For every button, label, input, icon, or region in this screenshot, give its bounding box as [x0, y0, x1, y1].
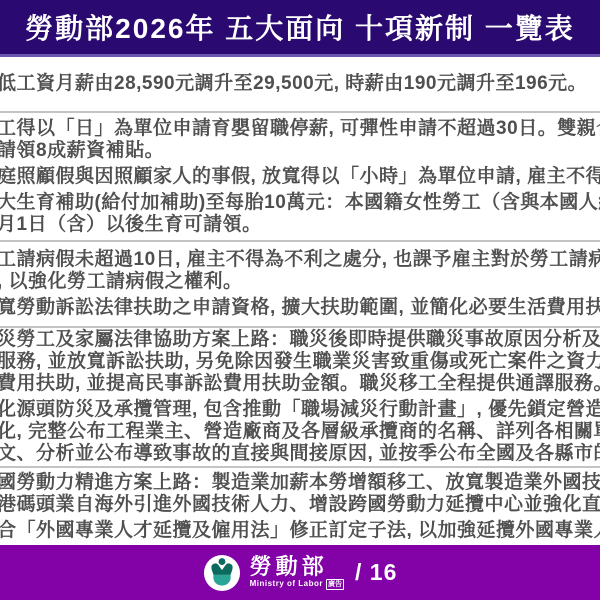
content: 低工資月薪由28,590元調升至29,500元, 時薪由190元調升至196元。… — [0, 57, 600, 545]
policy-paragraph: 國勞動力精進方案上路：製造業加薪本勞增額移工、放寬製造業外國技術人力留才港碼頭業… — [0, 472, 600, 516]
policy-paragraph: 大生育補助(給付加補助)至每胎10萬元：本國籍女性勞工（含與本國人結婚之外籍配偶… — [0, 192, 600, 236]
ad-badge: 廣告 — [326, 579, 344, 590]
policy-text-line: 寬勞動訴訟法律扶助之申請資格, 擴大扶助範圍, 並簡化必要生活費用扶助申請程序 — [0, 297, 600, 319]
ministry-name-en: Ministry of Labor — [250, 580, 323, 588]
policy-text-line: 災勞工及家屬法律協助方案上路：職災後即時提供職災事故原因分析及專案律師 — [0, 329, 600, 351]
policy-text-line: , 以強化勞工請病假之權利。 — [0, 271, 600, 293]
policy-paragraph: 工請病假未超過10日, 雇主不得為不利之處分, 也課予雇主對於勞工請病假遭受不利… — [0, 249, 600, 293]
policy-text-line: 請領8成薪資補貼。 — [0, 140, 600, 162]
policy-text-line: 費用扶助, 並提高民事訴訟費用扶助金額。職災移工全程提供通譯服務。 — [0, 373, 600, 395]
policy-paragraph: 合「外國專業人才延攬及僱用法」修正訂定子法, 以加強延攬外國專業人才。 — [0, 520, 600, 542]
policy-paragraph: 工得以「日」為單位申請育嬰留職停薪, 可彈性申請不超過30日。雙親合計可以請領請… — [0, 118, 600, 162]
policy-text-line: 化, 完整公布工程業主、營造廠商及各層級承攬商的名稱、詳列各相關單位與職責 — [0, 421, 600, 443]
footer-bar: 勞動部 Ministry of Labor 廣告 / 16 — [0, 545, 600, 600]
policy-text-line: 港碼頭業自海外引進外國技術人力、增設跨國勞動力延攬中心並強化直聘作業。 — [0, 494, 600, 516]
policy-paragraph: 化源頭防災及承攬管理, 包含推動「職場減災行動計畫」, 優先鎖定營造業減災,化,… — [0, 399, 600, 465]
header-bar: 勞動部2026年 五大面向 十項新制 一覽表 — [0, 0, 600, 57]
policy-text-line: 工得以「日」為單位申請育嬰留職停薪, 可彈性申請不超過30日。雙親合計可以請領 — [0, 118, 600, 140]
policy-paragraph: 低工資月薪由28,590元調升至29,500元, 時薪由190元調升至196元。 — [0, 73, 600, 95]
policy-text-line: 低工資月薪由28,590元調升至29,500元, 時薪由190元調升至196元。 — [0, 73, 600, 95]
policy-section: 低工資月薪由28,590元調升至29,500元, 時薪由190元調升至196元。 — [0, 57, 600, 113]
policy-paragraph: 災勞工及家屬法律協助方案上路：職災後即時提供職災事故原因分析及專案律師服務, 並… — [0, 329, 600, 395]
policy-text-line: 化源頭防災及承攬管理, 包含推動「職場減災行動計畫」, 優先鎖定營造業減災, — [0, 399, 600, 421]
policy-section: 災勞工及家屬法律協助方案上路：職災後即時提供職災事故原因分析及專案律師服務, 並… — [0, 328, 600, 468]
policy-text-line: 文、分析並公布導致事故的直接與間接原因, 並按季公布全國及各縣市的職災統計 — [0, 443, 600, 465]
page-title: 勞動部2026年 五大面向 十項新制 一覽表 — [25, 7, 575, 47]
policy-text-line: 工請病假未超過10日, 雇主不得為不利之處分, 也課予雇主對於勞工請病假遭受不利 — [0, 249, 600, 271]
ministry-brand: 勞動部 Ministry of Labor 廣告 — [250, 556, 344, 590]
policy-paragraph: 寬勞動訴訟法律扶助之申請資格, 擴大扶助範圍, 並簡化必要生活費用扶助申請程序 — [0, 297, 600, 319]
policy-text-line: 合「外國專業人才延攬及僱用法」修正訂定子法, 以加強延攬外國專業人才。 — [0, 520, 600, 542]
policy-text-line: 服務, 並放寬訴訟扶助, 另免除因發生職業災害致重傷或死亡案件之資力審查程序 — [0, 351, 600, 373]
ministry-of-labor-logo-icon — [203, 554, 241, 592]
page-number: / 16 — [355, 559, 397, 586]
policy-text-line: 月1日（含）以後生育可請領。 — [0, 214, 600, 236]
policy-section: 國勞動力精進方案上路：製造業加薪本勞增額移工、放寬製造業外國技術人力留才港碼頭業… — [0, 468, 600, 545]
policy-text-line: 大生育補助(給付加補助)至每胎10萬元：本國籍女性勞工（含與本國人結婚之外籍配偶 — [0, 192, 600, 214]
policy-section: 工請病假未超過10日, 雇主不得為不利之處分, 也課予雇主對於勞工請病假遭受不利… — [0, 242, 600, 328]
policy-text-line: 國勞動力精進方案上路：製造業加薪本勞增額移工、放寬製造業外國技術人力留才 — [0, 472, 600, 494]
policy-section: 工得以「日」為單位申請育嬰留職停薪, 可彈性申請不超過30日。雙親合計可以請領請… — [0, 113, 600, 242]
ministry-name-zh: 勞動部 — [250, 556, 344, 578]
policy-paragraph: 庭照顧假與因照顧家人的事假, 放寬得以「小時」為單位申請, 雇主不得扣發其全勤獎… — [0, 166, 600, 188]
policy-text-line: 庭照顧假與因照顧家人的事假, 放寬得以「小時」為單位申請, 雇主不得扣發其全勤獎… — [0, 166, 600, 188]
